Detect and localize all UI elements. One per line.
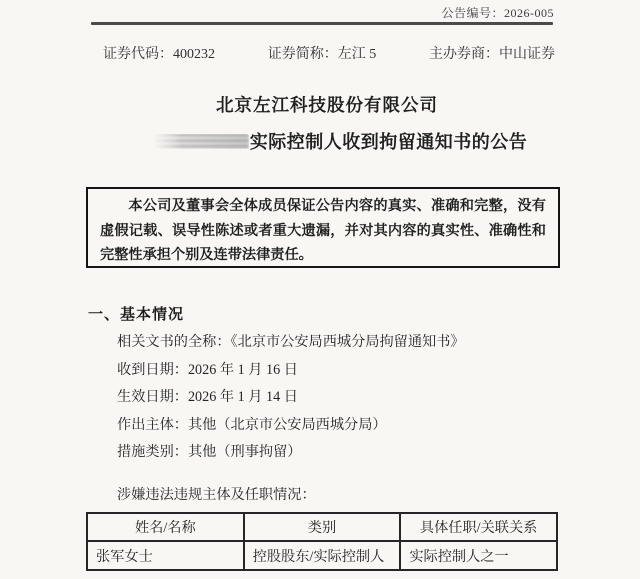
sponsor-broker: 主办券商：中山证券 — [429, 43, 555, 63]
table-header-relation: 具体任职/关联关系 — [400, 513, 557, 541]
cell-subject-name: 张军女士 — [87, 541, 244, 570]
sponsor-broker-label: 主办券商： — [429, 47, 499, 62]
disclaimer-box: 本公司及董事会全体成员保证公告内容的真实、准确和完整，没有虚假记载、误导性陈述或… — [86, 187, 560, 268]
securities-header-row: 证券代码：400232 证券简称：左江 5 主办券商：中山证券 — [103, 43, 555, 63]
measure-category-line: 措施类别：其他（刑事拘留） — [117, 439, 465, 467]
announcement-document: 公告编号：2026-005 证券代码：400232 证券简称：左江 5 主办券商… — [0, 0, 640, 579]
announcement-number-value: 2026-005 — [504, 6, 554, 20]
effective-date-line: 生效日期：2026 年 1 月 14 日 — [117, 384, 465, 412]
header-divider-rule — [91, 22, 553, 25]
received-date-line: 收到日期：2026 年 1 月 16 日 — [117, 357, 465, 385]
announcement-title-text: 实际控制人收到拘留通知书的公告 — [250, 132, 528, 152]
sponsor-broker-value: 中山证券 — [499, 47, 555, 62]
doc-fullname-line: 相关文书的全称：《北京市公安局西城分局拘留通知书》 — [117, 329, 465, 357]
cell-subject-category: 控股股东/实际控制人 — [244, 541, 401, 570]
company-name-title: 北京左江科技股份有限公司 — [7, 92, 640, 117]
cell-subject-relation: 实际控制人之一 — [400, 541, 557, 570]
table-row: 张军女士 控股股东/实际控制人 实际控制人之一 — [87, 541, 557, 570]
securities-short-name-label: 证券简称： — [268, 47, 338, 62]
announcement-number: 公告编号：2026-005 — [441, 4, 554, 21]
announcement-number-label: 公告编号： — [441, 6, 504, 20]
redaction-smear — [153, 134, 249, 149]
securities-short-name-value: 左江 5 — [338, 47, 377, 62]
subject-table: 姓名/名称 类别 具体任职/关联关系 张军女士 控股股东/实际控制人 实际控制人… — [86, 512, 558, 571]
subject-table-header-row: 姓名/名称 类别 具体任职/关联关系 — [87, 513, 557, 541]
table-header-category: 类别 — [244, 513, 401, 541]
disclaimer-text: 本公司及董事会全体成员保证公告内容的真实、准确和完整，没有虚假记载、误导性陈述或… — [100, 194, 546, 268]
basic-info-details: 相关文书的全称：《北京市公安局西城分局拘留通知书》 收到日期：2026 年 1 … — [117, 329, 465, 467]
securities-code-label: 证券代码： — [103, 47, 173, 62]
announcement-title: 实际控制人收到拘留通知书的公告 — [20, 128, 640, 154]
securities-short-name: 证券简称：左江 5 — [268, 43, 377, 63]
subject-table-intro: 涉嫌违法违规主体及任职情况： — [117, 484, 316, 504]
securities-code: 证券代码：400232 — [103, 43, 215, 63]
table-header-name: 姓名/名称 — [87, 513, 244, 541]
securities-code-value: 400232 — [173, 47, 215, 62]
issuing-authority-line: 作出主体：其他（北京市公安局西城分局） — [117, 412, 465, 440]
section-heading-basic-info: 一、基本情况 — [88, 303, 184, 324]
